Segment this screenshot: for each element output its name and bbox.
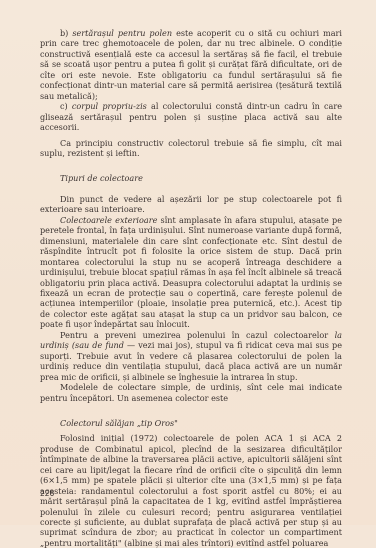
paragraph-text: sînt amplasate în afara stupului, atașat… xyxy=(40,215,342,330)
section-heading-types: Tipuri de colectoare xyxy=(40,173,342,183)
paragraph-placement: Din punct de vedere al așezării lor pe s… xyxy=(40,194,342,215)
paragraph-beginners: Modelele de colectare simple, de urdiniș… xyxy=(40,382,342,403)
term: sertărașul pentru polen xyxy=(72,28,172,38)
term: Colectoarele exterioare xyxy=(60,215,157,225)
book-page: b) sertărașul pentru polen este acoperit… xyxy=(0,0,376,525)
paragraph-humidity: Pentru a preveni umezirea polenului în c… xyxy=(40,330,342,382)
paragraph-principle: Ca principiu constructiv colectorul treb… xyxy=(40,138,342,159)
paragraph-text: Pentru a preveni umezirea polenului în c… xyxy=(60,330,335,340)
page-number: 226 xyxy=(40,489,54,498)
paragraph-b: b) sertărașul pentru polen este acoperit… xyxy=(40,28,342,101)
list-marker: b) xyxy=(60,28,72,38)
paragraph-exterior: Colectoarele exterioare sînt amplasate î… xyxy=(40,215,342,330)
paragraph-text: este acoperit cu o sită cu ochiuri mari … xyxy=(40,28,342,101)
paragraph-oros: Folosind inițial (1972) colectoarele de … xyxy=(40,433,342,525)
text-column: b) sertărașul pentru polen este acoperit… xyxy=(40,28,342,525)
paragraph-c: c) corpul propriu-zis al colectorului co… xyxy=(40,101,342,132)
term: corpul propriu-zis xyxy=(72,101,147,111)
list-marker: c) xyxy=(60,101,72,111)
section-heading-oros: Colectorul sălăjan „tip Oros" xyxy=(40,418,342,428)
